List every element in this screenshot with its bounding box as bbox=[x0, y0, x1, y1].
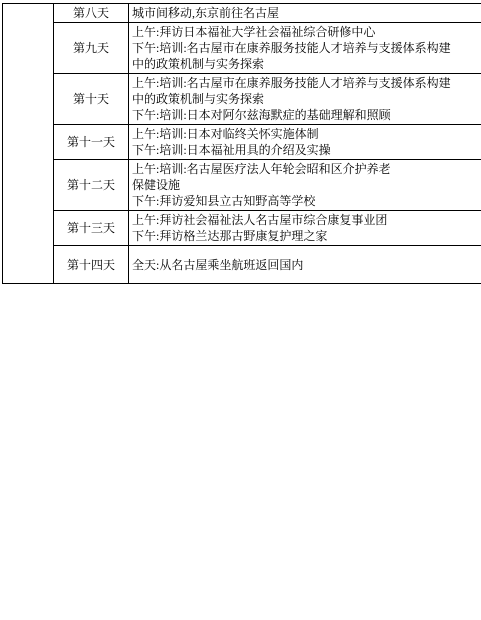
day-cell: 第十四天 bbox=[54, 246, 129, 284]
document-page: 第八天 城市间移动,东京前往名古屋 第九天 上午:拜访日本福祉大学社会福祉综合研… bbox=[0, 0, 481, 620]
margin-cell bbox=[3, 4, 54, 284]
table-row: 第十二天 上午:培训:名古屋医疗法人年轮会昭和区介护养老 保健设施 下午:拜访爱… bbox=[3, 160, 481, 211]
schedule-table: 第八天 城市间移动,东京前往名古屋 第九天 上午:拜访日本福祉大学社会福祉综合研… bbox=[2, 3, 481, 284]
day-cell: 第十二天 bbox=[54, 160, 129, 211]
day-cell: 第八天 bbox=[54, 4, 129, 23]
content-cell: 上午:拜访社会福祉法人名古屋市综合康复事业团 下午:拜访格兰达那古野康复护理之家 bbox=[129, 211, 481, 246]
table-row: 第十一天 上午:培训:日本对临终关怀实施体制 下午:培训:日本福祉用具的介绍及实… bbox=[3, 125, 481, 160]
content-cell: 上午:拜访日本福祉大学社会福祉综合研修中心 下午:培训:名古屋市在康养服务技能人… bbox=[129, 23, 481, 74]
content-cell: 全天:从名古屋乘坐航班返回国内 bbox=[129, 246, 481, 284]
table-row: 第十四天 全天:从名古屋乘坐航班返回国内 bbox=[3, 246, 481, 284]
table-row: 第十三天 上午:拜访社会福祉法人名古屋市综合康复事业团 下午:拜访格兰达那古野康… bbox=[3, 211, 481, 246]
day-cell: 第九天 bbox=[54, 23, 129, 74]
table-row: 第十天 上午:培训:名古屋市在康养服务技能人才培养与支援体系构建 中的政策机制与… bbox=[3, 74, 481, 125]
content-cell: 上午:培训:名古屋医疗法人年轮会昭和区介护养老 保健设施 下午:拜访爱知县立古知… bbox=[129, 160, 481, 211]
content-cell: 上午:培训:日本对临终关怀实施体制 下午:培训:日本福祉用具的介绍及实操 bbox=[129, 125, 481, 160]
day-cell: 第十天 bbox=[54, 74, 129, 125]
content-cell: 城市间移动,东京前往名古屋 bbox=[129, 4, 481, 23]
day-cell: 第十三天 bbox=[54, 211, 129, 246]
table-row: 第八天 城市间移动,东京前往名古屋 bbox=[3, 4, 481, 23]
day-cell: 第十一天 bbox=[54, 125, 129, 160]
table-row: 第九天 上午:拜访日本福祉大学社会福祉综合研修中心 下午:培训:名古屋市在康养服… bbox=[3, 23, 481, 74]
content-cell: 上午:培训:名古屋市在康养服务技能人才培养与支援体系构建 中的政策机制与实务探索… bbox=[129, 74, 481, 125]
